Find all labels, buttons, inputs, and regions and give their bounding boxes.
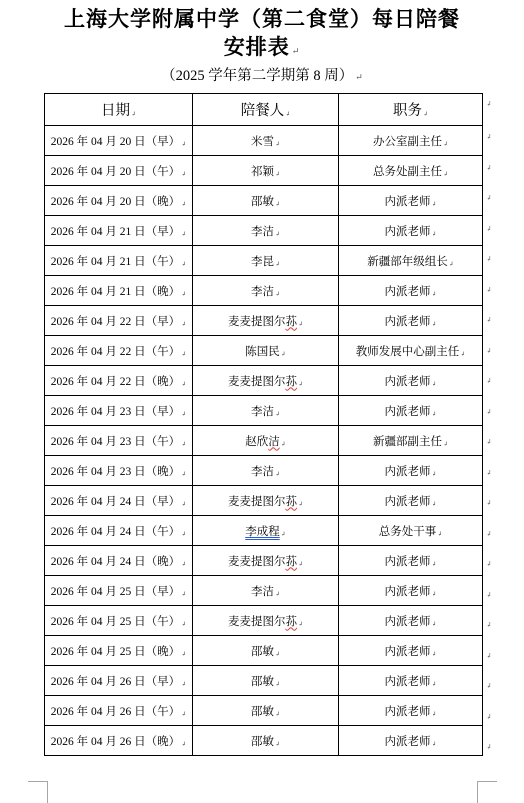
spellcheck-underline: 荪 (285, 316, 297, 328)
cell-end-mark-icon: ↲ (423, 112, 428, 118)
cell-end-mark-icon: ↲ (460, 352, 465, 358)
cell-end-mark-icon: ↲ (431, 382, 436, 388)
role-cell: 内派老师↲ (339, 186, 483, 216)
cell-end-mark-icon: ↲ (431, 232, 436, 238)
cell-end-mark-icon: ↲ (181, 442, 186, 448)
cell-end-mark-icon: ↲ (181, 592, 186, 598)
date-cell: 2026 年 04 月 23 日（午）↲ (45, 426, 193, 456)
person-cell: 邵敏↲ (193, 186, 339, 216)
role-cell: 新疆部副主任↲ (339, 426, 483, 456)
row-end-mark-icon: ↲ (486, 317, 492, 324)
person-cell: 祁颖↲ (193, 156, 339, 186)
role-cell: 内派老师↲ (339, 276, 483, 306)
cell-end-mark-icon: ↲ (431, 472, 436, 478)
role-cell: 内派老师↲ (339, 486, 483, 516)
cell-end-mark-icon: ↲ (431, 742, 436, 748)
cell-end-mark-icon: ↲ (181, 712, 186, 718)
row-end-mark-icon: ↲ (486, 500, 492, 507)
grammar-underline: 李成程 (245, 526, 280, 538)
person-cell: 麦麦提图尔荪↲ (193, 486, 339, 516)
row-end-mark-icon: ↲ (486, 226, 492, 233)
cell-end-mark-icon: ↲ (298, 562, 303, 568)
date-cell: 2026 年 04 月 22 日（午）↲ (45, 336, 193, 366)
cell-end-mark-icon: ↲ (181, 382, 186, 388)
table-row: 2026 年 04 月 22 日（早）↲麦麦提图尔荪↲内派老师↲ (45, 306, 483, 336)
person-cell: 麦麦提图尔荪↲ (193, 546, 339, 576)
row-end-mark-icon: ↲ (486, 653, 492, 660)
cell-end-mark-icon: ↲ (275, 682, 280, 688)
table-row: 2026 年 04 月 20 日（午）↲祁颖↲总务处副主任↲ (45, 156, 483, 186)
row-end-mark-icon: ↲ (486, 592, 492, 599)
spellcheck-underline: 荪 (285, 376, 297, 388)
table-row: 2026 年 04 月 25 日（早）↲李洁↲内派老师↲ (45, 576, 483, 606)
cell-end-mark-icon: ↲ (275, 202, 280, 208)
person-cell: 李成程↲ (193, 516, 339, 546)
date-cell: 2026 年 04 月 25 日（午）↲ (45, 606, 193, 636)
row-end-mark-icon: ↲ (486, 531, 492, 538)
date-cell: 2026 年 04 月 24 日（午）↲ (45, 516, 193, 546)
table-row: 2026 年 04 月 23 日（午）↲赵欣洁↲新疆部副主任↲ (45, 426, 483, 456)
cell-end-mark-icon: ↲ (275, 472, 280, 478)
person-cell: 米雪↲ (193, 126, 339, 156)
person-cell: 李洁↲ (193, 396, 339, 426)
schedule-table-body: 2026 年 04 月 20 日（早）↲米雪↲办公室副主任↲2026 年 04 … (45, 126, 483, 756)
cell-end-mark-icon: ↲ (181, 532, 186, 538)
role-cell: 新疆部年级组长↲ (339, 246, 483, 276)
cell-end-mark-icon: ↲ (181, 472, 186, 478)
cell-end-mark-icon: ↲ (298, 622, 303, 628)
cell-end-mark-icon: ↲ (281, 442, 286, 448)
date-cell: 2026 年 04 月 25 日（早）↲ (45, 576, 193, 606)
cell-end-mark-icon: ↲ (181, 142, 186, 148)
cell-end-mark-icon: ↲ (181, 322, 186, 328)
row-end-mark-icon: ↲ (486, 409, 492, 416)
cell-end-mark-icon: ↲ (431, 712, 436, 718)
date-cell: 2026 年 04 月 25 日（晚）↲ (45, 636, 193, 666)
date-cell: 2026 年 04 月 26 日（早）↲ (45, 666, 193, 696)
meal-schedule-table: 日期↲ 陪餐人↲ 职务↲ 2026 年 04 月 20 日（早）↲米雪↲办公室副… (44, 93, 483, 756)
cell-end-mark-icon: ↲ (275, 142, 280, 148)
person-cell: 赵欣洁↲ (193, 426, 339, 456)
cell-end-mark-icon: ↲ (431, 682, 436, 688)
person-cell: 李洁↲ (193, 276, 339, 306)
cell-end-mark-icon: ↲ (443, 142, 448, 148)
person-cell: 邵敏↲ (193, 636, 339, 666)
row-end-mark-icon: ↲ (486, 714, 492, 721)
cell-end-mark-icon: ↲ (449, 262, 454, 268)
table-row: 2026 年 04 月 23 日（晚）↲李洁↲内派老师↲ (45, 456, 483, 486)
row-end-mark-icon: ↲ (486, 439, 492, 446)
date-cell: 2026 年 04 月 21 日（午）↲ (45, 246, 193, 276)
spellcheck-underline: 荪 (285, 616, 297, 628)
role-cell: 总务处干事↲ (339, 516, 483, 546)
header-person: 陪餐人↲ (193, 94, 339, 126)
table-row: 2026 年 04 月 26 日（晚）↲邵敏↲内派老师↲ (45, 726, 483, 756)
header-role: 职务↲ (339, 94, 483, 126)
cell-end-mark-icon: ↲ (431, 592, 436, 598)
cell-end-mark-icon: ↲ (281, 352, 286, 358)
cell-end-mark-icon: ↲ (275, 412, 280, 418)
role-cell: 总务处副主任↲ (339, 156, 483, 186)
row-end-mark-icon: ↲ (486, 470, 492, 477)
person-cell: 邵敏↲ (193, 696, 339, 726)
date-cell: 2026 年 04 月 23 日（早）↲ (45, 396, 193, 426)
date-cell: 2026 年 04 月 22 日（早）↲ (45, 306, 193, 336)
date-cell: 2026 年 04 月 23 日（晚）↲ (45, 456, 193, 486)
page-title: 上海大学附属中学（第二食堂）每日陪餐 安排表↵ (0, 5, 524, 65)
cell-end-mark-icon: ↲ (285, 112, 290, 118)
table-row: 2026 年 04 月 22 日（午）↲陈国民↲教师发展中心副主任↲ (45, 336, 483, 366)
cell-end-mark-icon: ↲ (431, 622, 436, 628)
date-cell: 2026 年 04 月 21 日（早）↲ (45, 216, 193, 246)
table-row: 2026 年 04 月 25 日（晚）↲邵敏↲内派老师↲ (45, 636, 483, 666)
cell-end-mark-icon: ↲ (181, 262, 186, 268)
person-cell: 陈国民↲ (193, 336, 339, 366)
table-row: 2026 年 04 月 21 日（早）↲李洁↲内派老师↲ (45, 216, 483, 246)
cell-end-mark-icon: ↲ (437, 532, 442, 538)
page-subtitle: （2025 学年第二学期第 8 周）↵ (0, 66, 524, 87)
role-cell: 教师发展中心副主任↲ (339, 336, 483, 366)
cell-end-mark-icon: ↲ (275, 652, 280, 658)
cell-end-mark-icon: ↲ (431, 322, 436, 328)
cell-end-mark-icon: ↲ (275, 742, 280, 748)
cell-end-mark-icon: ↲ (181, 502, 186, 508)
row-end-mark-icon: ↲ (486, 683, 492, 690)
cell-end-mark-icon: ↲ (431, 412, 436, 418)
date-cell: 2026 年 04 月 24 日（早）↲ (45, 486, 193, 516)
cell-end-mark-icon: ↲ (275, 292, 280, 298)
date-cell: 2026 年 04 月 26 日（晚）↲ (45, 726, 193, 756)
date-cell: 2026 年 04 月 20 日（晚）↲ (45, 186, 193, 216)
cell-end-mark-icon: ↲ (181, 742, 186, 748)
paragraph-mark-icon: ↵ (292, 46, 301, 56)
role-cell: 内派老师↲ (339, 666, 483, 696)
table-row: 2026 年 04 月 22 日（晚）↲麦麦提图尔荪↲内派老师↲ (45, 366, 483, 396)
header-date: 日期↲ (45, 94, 193, 126)
person-cell: 李昆↲ (193, 246, 339, 276)
table-row: 2026 年 04 月 26 日（午）↲邵敏↲内派老师↲ (45, 696, 483, 726)
person-cell: 李洁↲ (193, 576, 339, 606)
cell-end-mark-icon: ↲ (298, 502, 303, 508)
cell-end-mark-icon: ↲ (181, 232, 186, 238)
row-end-mark-icon: ↲ (486, 744, 492, 751)
table-row: 2026 年 04 月 20 日（晚）↲邵敏↲内派老师↲ (45, 186, 483, 216)
role-cell: 办公室副主任↲ (339, 126, 483, 156)
row-end-mark-icon: ↲ (486, 348, 492, 355)
role-cell: 内派老师↲ (339, 456, 483, 486)
cell-end-mark-icon: ↲ (275, 262, 280, 268)
spellcheck-underline: 洁 (268, 436, 280, 448)
role-cell: 内派老师↲ (339, 396, 483, 426)
cell-end-mark-icon: ↲ (181, 622, 186, 628)
role-cell: 内派老师↲ (339, 576, 483, 606)
person-cell: 麦麦提图尔荪↲ (193, 306, 339, 336)
role-cell: 内派老师↲ (339, 546, 483, 576)
person-cell: 邵敏↲ (193, 726, 339, 756)
table-header-row: 日期↲ 陪餐人↲ 职务↲ (45, 94, 483, 126)
row-end-mark-icon: ↲ (486, 134, 492, 141)
page-margin-corner-mark (28, 781, 48, 803)
person-cell: 李洁↲ (193, 456, 339, 486)
cell-end-mark-icon: ↲ (298, 322, 303, 328)
role-cell: 内派老师↲ (339, 216, 483, 246)
role-cell: 内派老师↲ (339, 366, 483, 396)
cell-end-mark-icon: ↲ (181, 292, 186, 298)
date-cell: 2026 年 04 月 20 日（午）↲ (45, 156, 193, 186)
date-cell: 2026 年 04 月 21 日（晚）↲ (45, 276, 193, 306)
page-margin-corner-mark (477, 781, 497, 803)
cell-end-mark-icon: ↲ (275, 232, 280, 238)
person-cell: 邵敏↲ (193, 666, 339, 696)
row-end-mark-icon: ↲ (486, 622, 492, 629)
role-cell: 内派老师↲ (339, 306, 483, 336)
cell-end-mark-icon: ↲ (181, 352, 186, 358)
cell-end-mark-icon: ↲ (181, 202, 186, 208)
row-end-mark-icon: ↲ (486, 165, 492, 172)
table-row: 2026 年 04 月 25 日（午）↲麦麦提图尔荪↲内派老师↲ (45, 606, 483, 636)
role-cell: 内派老师↲ (339, 636, 483, 666)
cell-end-mark-icon: ↲ (443, 442, 448, 448)
cell-end-mark-icon: ↲ (181, 412, 186, 418)
cell-end-mark-icon: ↲ (275, 172, 280, 178)
cell-end-mark-icon: ↲ (431, 502, 436, 508)
table-row: 2026 年 04 月 21 日（午）↲李昆↲新疆部年级组长↲ (45, 246, 483, 276)
cell-end-mark-icon: ↲ (275, 592, 280, 598)
person-cell: 麦麦提图尔荪↲ (193, 366, 339, 396)
row-end-mark-icon: ↲ (486, 256, 492, 263)
date-cell: 2026 年 04 月 22 日（晚）↲ (45, 366, 193, 396)
person-cell: 李洁↲ (193, 216, 339, 246)
paragraph-mark-icon: ↵ (355, 72, 363, 82)
cell-end-mark-icon: ↲ (181, 652, 186, 658)
cell-end-mark-icon: ↲ (298, 382, 303, 388)
cell-end-mark-icon: ↲ (181, 562, 186, 568)
person-cell: 麦麦提图尔荪↲ (193, 606, 339, 636)
cell-end-mark-icon: ↲ (281, 532, 286, 538)
cell-end-mark-icon: ↲ (181, 172, 186, 178)
cell-end-mark-icon: ↲ (431, 562, 436, 568)
cell-end-mark-icon: ↲ (443, 172, 448, 178)
cell-end-mark-icon: ↲ (431, 292, 436, 298)
page-title-line1: 上海大学附属中学（第二食堂）每日陪餐 (0, 5, 524, 33)
cell-end-mark-icon: ↲ (131, 112, 136, 118)
spellcheck-underline: 荪 (285, 496, 297, 508)
table-row: 2026 年 04 月 26 日（早）↲邵敏↲内派老师↲ (45, 666, 483, 696)
row-end-mark-icon: ↲ (486, 378, 492, 385)
row-end-mark-icon: ↲ (486, 195, 492, 202)
role-cell: 内派老师↲ (339, 696, 483, 726)
table-row: 2026 年 04 月 23 日（早）↲李洁↲内派老师↲ (45, 396, 483, 426)
row-end-mark-icon: ↲ (486, 561, 492, 568)
cell-end-mark-icon: ↲ (431, 652, 436, 658)
table-row: 2026 年 04 月 20 日（早）↲米雪↲办公室副主任↲ (45, 126, 483, 156)
page-title-line2: 安排表↵ (0, 33, 524, 65)
role-cell: 内派老师↲ (339, 726, 483, 756)
table-row: 2026 年 04 月 21 日（晚）↲李洁↲内派老师↲ (45, 276, 483, 306)
row-end-mark-icon: ↲ (486, 101, 492, 108)
table-row: 2026 年 04 月 24 日（午）↲李成程↲总务处干事↲ (45, 516, 483, 546)
date-cell: 2026 年 04 月 24 日（晚）↲ (45, 546, 193, 576)
table-row: 2026 年 04 月 24 日（晚）↲麦麦提图尔荪↲内派老师↲ (45, 546, 483, 576)
table-row: 2026 年 04 月 24 日（早）↲麦麦提图尔荪↲内派老师↲ (45, 486, 483, 516)
spellcheck-underline: 荪 (285, 556, 297, 568)
cell-end-mark-icon: ↲ (431, 202, 436, 208)
date-cell: 2026 年 04 月 20 日（早）↲ (45, 126, 193, 156)
cell-end-mark-icon: ↲ (181, 682, 186, 688)
cell-end-mark-icon: ↲ (275, 712, 280, 718)
role-cell: 内派老师↲ (339, 606, 483, 636)
row-end-mark-icon: ↲ (486, 287, 492, 294)
date-cell: 2026 年 04 月 26 日（午）↲ (45, 696, 193, 726)
